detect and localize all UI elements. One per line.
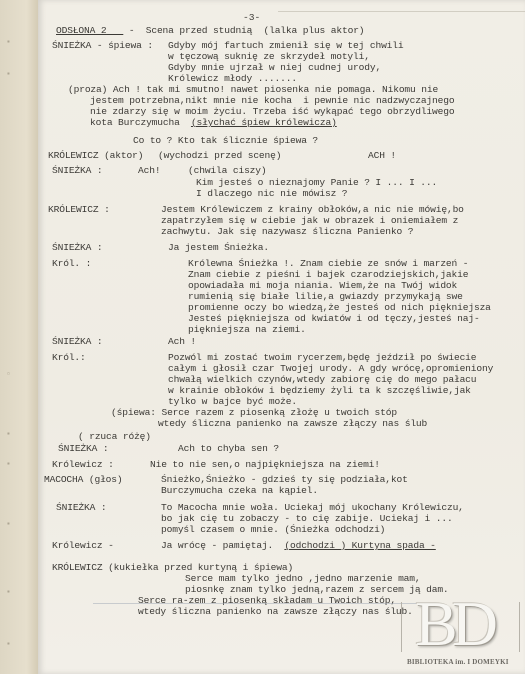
dialogue-text: Ach! — [138, 165, 160, 176]
speaker-label: ŚNIEŻKA : — [52, 242, 102, 253]
dialogue-text: (proza) Ach ! tak mi smutno! nawet piose… — [68, 84, 438, 95]
stage-direction: (odchodzi ) Kurtyna spada - — [284, 540, 435, 551]
stage-direction: (słychać śpiew królewicza) — [191, 117, 337, 128]
dialogue-line: opowiadała mi moja niania. Wiem,że na Tw… — [188, 280, 457, 291]
margin-mark: ▪ — [6, 430, 11, 439]
dialogue-text: Pozwól mi zostać twoim rycerzem,będę jeź… — [168, 352, 476, 363]
dialogue-text: chwałą wielkich czynów,wtedy zabiorę cię… — [168, 374, 476, 385]
watermark-caption: BIBLIOTEKA im. I DOMEYKI — [407, 658, 509, 666]
dialogue-line: Ach ! — [168, 336, 196, 347]
dialogue-text: Królewicz młody ....... — [168, 73, 297, 84]
dialogue-line: (śpiewa: Serce razem z piosenką złożę u … — [111, 407, 397, 418]
dialogue-line: Pozwól mi zostać twoim rycerzem,będę jeź… — [168, 352, 476, 363]
dialogue-line: zachwytu. Jak się nazywasz śliczna Panie… — [161, 226, 413, 237]
dialogue-line: Burczymucha czeka na kąpiel. — [161, 485, 318, 496]
paper-fold-line — [278, 11, 525, 12]
dialogue-line: Gdyby mnie ujrzał w niej cudnej urody, — [168, 62, 381, 73]
margin-mark: ▪ — [6, 70, 11, 79]
dialogue-text: Ja jestem Śnieżka. — [168, 242, 269, 253]
adjacent-page-margin: ▪ ▪ ▫ ▪ ▪ ▪ ▪ ▪ — [0, 0, 39, 674]
dialogue-text: Znam ciebie z pieśni i bajek czarodziejs… — [188, 269, 468, 280]
dialogue-text: tylko w bajce być może. — [168, 396, 297, 407]
dialogue-line: Śnieżko,Śnieżko - gdzieś ty się podziała… — [161, 474, 408, 485]
speaker-label: Królewicz - — [52, 540, 114, 551]
dialogue-line: wtedy śliczna panienko na zawsze złączy … — [138, 606, 413, 617]
dialogue-line: Co to ? Kto tak ślicznie śpiewa ? — [133, 135, 318, 146]
dialogue-line: I dlaczego nic nie mówisz ? — [196, 188, 347, 199]
dialogue-text: kota Burczymucha — [90, 117, 180, 128]
dialogue-line: jestem potrzebna,nikt mnie nie kocha i p… — [90, 95, 454, 106]
dialogue-line: tylko w bajce być może. — [168, 396, 297, 407]
dialogue-text: (śpiewa: Serce razem z piosenką złożę u … — [111, 407, 397, 418]
dialogue-text: opowiadała mi moja niania. Wiem,że na Tw… — [188, 280, 457, 291]
dialogue-line: Znam ciebie z pieśni i bajek czarodziejs… — [188, 269, 468, 280]
dialogue-line: zapatrzyłem się w ciebie jak w obrazek i… — [161, 215, 458, 226]
dialogue-text: To Macocha mnie woła. Uciekaj mój ukocha… — [161, 502, 464, 513]
dialogue-text: wtedy śliczna panienko na zawsze złączy … — [158, 418, 427, 429]
watermark-logo: BD — [415, 592, 492, 656]
dialogue-line: w tęczową suknię ze skrzydeł motyli, — [168, 51, 370, 62]
dialogue-text: w krainie obłoków i będziemy żyli ta k s… — [168, 385, 471, 396]
speaker-label: KRÓLEWICZ (aktor) — [48, 150, 143, 161]
margin-mark: ▪ — [6, 520, 11, 529]
dialogue-text: I dlaczego nic nie mówisz ? — [196, 188, 347, 199]
dialogue-text: piosnkę znam tylko jedną,razem z sercem … — [185, 584, 449, 595]
dialogue-line: Królewna Śnieżka !. Znam ciebie ze snów … — [188, 258, 468, 269]
dialogue-text: rumienią się białe lilie,a gwiazdy przym… — [188, 291, 463, 302]
dialogue-text: zachwytu. Jak się nazywasz śliczna Panie… — [161, 226, 413, 237]
scene-heading: ODSŁONA 2 - Scena przed studnią (lalka p… — [56, 25, 364, 36]
dialogue-line: Ja wrócę - pamiętaj. (odchodzi ) Kurtyna… — [161, 540, 436, 551]
speaker-label: KRÓLEWICZ (kukiełka przed kurtyną i śpie… — [52, 562, 293, 573]
margin-mark: ▪ — [6, 38, 11, 47]
dialogue-text: jestem potrzebna,nikt mnie nie kocha i p… — [90, 95, 454, 106]
dialogue-line: Jestem Królewiczem z krainy obłoków,a ni… — [161, 204, 464, 215]
watermark-bar-right — [519, 602, 520, 652]
dialogue-line: Królewicz młody ....... — [168, 73, 297, 84]
dialogue-text: nie zdarzy się w moim życiu. Trzeba iść … — [90, 106, 454, 117]
dialogue-line: Ja jestem Śnieżka. — [168, 242, 269, 253]
dialogue-text: w tęczową suknię ze skrzydeł motyli, — [168, 51, 370, 62]
stage-direction: (chwila ciszy) — [188, 165, 267, 176]
dialogue-text: Nie to nie sen,o najpiękniejsza na ziemi… — [150, 459, 380, 470]
dialogue-line: (wychodzi przed scenę) — [158, 150, 281, 161]
dialogue-text: Co to ? Kto tak ślicznie śpiewa ? — [133, 135, 318, 146]
dialogue-line: wtedy śliczna panienko na zawsze złączy … — [158, 418, 427, 429]
dialogue-line: Serce ra-zem z piosenką składam u Twoich… — [138, 595, 396, 606]
dialogue-line: piosnkę znam tylko jedną,razem z sercem … — [185, 584, 449, 595]
dialogue-line: (proza) Ach ! tak mi smutno! nawet piose… — [68, 84, 438, 95]
dialogue-line: Serce mam tylko jedno ,jedno marzenie ma… — [185, 573, 421, 584]
dialogue-text: Gdyby mój fartuch zmienił się w tej chwi… — [168, 40, 404, 51]
dialogue-line: kota Burczymucha (słychać śpiew królewic… — [90, 117, 337, 128]
speaker-label: ŚNIEŻKA : — [52, 165, 102, 176]
dialogue-line: Ach to chyba sen ? — [178, 443, 279, 454]
speaker-label: ŚNIEŻKA - śpiewa : — [52, 40, 153, 51]
dialogue-line: Jesteś piękniejsza od kwiatów i od tęczy… — [188, 313, 480, 324]
dialogue-text: piękniejsza na ziemi. — [188, 324, 306, 335]
page-number: -3- — [243, 12, 260, 23]
dialogue-text: Jestem Królewiczem z krainy obłoków,a ni… — [161, 204, 464, 215]
dialogue-line: ( rzuca różę) — [78, 431, 151, 442]
dialogue-text: Ach ! — [168, 336, 196, 347]
speaker-label: ŚNIEŻKA : — [52, 336, 102, 347]
margin-mark: ▪ — [6, 640, 11, 649]
speaker-label: ŚNIEŻKA : — [56, 502, 106, 513]
dialogue-text: bo jak cię tu zobaczy - to cię zabije. U… — [161, 513, 453, 524]
dialogue-text: wtedy śliczna panienko na zawsze złączy … — [138, 606, 413, 617]
dialogue-line: nie zdarzy się w moim życiu. Trzeba iść … — [90, 106, 454, 117]
dialogue-text: Kim jesteś o nieznajomy Panie ? I ... I … — [196, 177, 437, 188]
dialogue-line: Gdyby mój fartuch zmienił się w tej chwi… — [168, 40, 404, 51]
dialogue-text: Jesteś piękniejsza od kwiatów i od tęczy… — [188, 313, 480, 324]
dialogue-line: piękniejsza na ziemi. — [188, 324, 306, 335]
dialogue-text: pomyśl czasem o mnie. (Śnieżka odchodzi) — [161, 524, 385, 535]
dialogue-line: bo jak cię tu zobaczy - to cię zabije. U… — [161, 513, 453, 524]
dialogue-text: całym i głosił czar Twojej urody. A gdy … — [168, 363, 493, 374]
watermark-bar-left — [401, 602, 402, 652]
speaker-label: KRÓLEWICZ : — [48, 204, 110, 215]
dialogue-text: Ja wrócę - pamiętaj. — [161, 540, 273, 551]
stage-direction: ACH ! — [368, 150, 396, 161]
dialogue-line: Nie to nie sen,o najpiękniejsza na ziemi… — [150, 459, 380, 470]
horizontal-rule — [93, 603, 433, 604]
dialogue-text: Serce ra-zem z piosenką składam u Twoich… — [138, 595, 396, 606]
dialogue-text: (wychodzi przed scenę) — [158, 150, 281, 161]
dialogue-line: pomyśl czasem o mnie. (Śnieżka odchodzi) — [161, 524, 385, 535]
typewritten-page: -3- ODSŁONA 2 - Scena przed studnią (lal… — [38, 0, 525, 674]
speaker-label: ŚNIEŻKA : — [58, 443, 108, 454]
dialogue-line: chwałą wielkich czynów,wtedy zabiorę cię… — [168, 374, 476, 385]
dialogue-line: Kim jesteś o nieznajomy Panie ? I ... I … — [196, 177, 437, 188]
margin-mark: ▪ — [6, 588, 11, 597]
dialogue-text: Gdyby mnie ujrzał w niej cudnej urody, — [168, 62, 381, 73]
speaker-label: MACOCHA (głos) — [44, 474, 123, 485]
dialogue-line: całym i głosił czar Twojej urody. A gdy … — [168, 363, 493, 374]
dialogue-text: Ach to chyba sen ? — [178, 443, 279, 454]
dialogue-text: promienne oczy bo wiedzą,że jesteś od ni… — [188, 302, 491, 313]
dialogue-line: Ach! — [138, 165, 160, 176]
dialogue-text: zapatrzyłem się w ciebie jak w obrazek i… — [161, 215, 458, 226]
speaker-label: Królewicz : — [52, 459, 114, 470]
dialogue-line: To Macocha mnie woła. Uciekaj mój ukocha… — [161, 502, 464, 513]
margin-mark: ▫ — [6, 370, 11, 379]
dialogue-line: rumienią się białe lilie,a gwiazdy przym… — [188, 291, 463, 302]
speaker-label: Król. : — [52, 258, 91, 269]
dialogue-text: Serce mam tylko jedno ,jedno marzenie ma… — [185, 573, 421, 584]
dialogue-text: Śnieżko,Śnieżko - gdzieś ty się podziała… — [161, 474, 408, 485]
library-watermark: BD BIBLIOTEKA im. I DOMEYKI — [401, 596, 523, 670]
speaker-label: Król.: — [52, 352, 86, 363]
scene-title: Scena przed studnią (lalka plus aktor) — [146, 25, 365, 36]
dialogue-text: Królewna Śnieżka !. Znam ciebie ze snów … — [188, 258, 468, 269]
margin-mark: ▪ — [6, 460, 11, 469]
dialogue-line: w krainie obłoków i będziemy żyli ta k s… — [168, 385, 471, 396]
scene-label: ODSŁONA 2 — [56, 25, 106, 36]
dialogue-text: ( rzuca różę) — [78, 431, 151, 442]
dialogue-line: promienne oczy bo wiedzą,że jesteś od ni… — [188, 302, 491, 313]
dialogue-text: Burczymucha czeka na kąpiel. — [161, 485, 318, 496]
